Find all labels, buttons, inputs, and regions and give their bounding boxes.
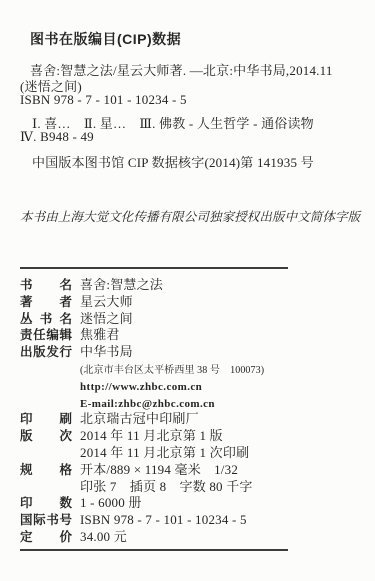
field-value: 星云大师 xyxy=(80,294,133,309)
field-value: 北京瑞古冠中印刷厂 xyxy=(80,411,199,426)
field-value: 开本/889 × 1194 毫米 1/32 xyxy=(80,462,238,477)
row-edition-printing: 2014 年 11 月北京第 1 次印刷 xyxy=(20,445,365,462)
field-value: 2014 年 11 月北京第 1 次印刷 xyxy=(80,445,249,460)
row-series-name: 丛书名迷悟之间 xyxy=(20,311,365,328)
row-format: 规格开本/889 × 1194 毫米 1/32 xyxy=(20,462,365,479)
field-value: 34.00 元 xyxy=(80,529,127,544)
row-print-run: 印数1 - 6000 册 xyxy=(20,495,365,512)
field-label: 定价 xyxy=(20,529,72,546)
field-value: ISBN 978 - 7 - 101 - 10234 - 5 xyxy=(80,512,247,527)
bottom-rule xyxy=(20,549,288,551)
field-value: 中华书局 xyxy=(80,344,133,359)
row-isbn: 国际书号ISBN 978 - 7 - 101 - 10234 - 5 xyxy=(20,512,365,529)
row-book-title: 书名喜舍:智慧之法 xyxy=(20,277,365,294)
field-value: 2014 年 11 月北京第 1 版 xyxy=(80,428,223,443)
row-publisher-address: (北京市丰台区太平桥西里 38 号 100073) xyxy=(20,361,365,378)
field-label: 印刷 xyxy=(20,411,72,428)
row-publisher-url: http://www.zhbc.com.cn xyxy=(20,378,365,395)
field-value: 焦雅君 xyxy=(80,327,120,342)
cip-classification-line-2: Ⅳ. B948 - 49 xyxy=(20,129,94,145)
field-label: 规格 xyxy=(20,462,72,479)
row-publisher: 出版发行中华书局 xyxy=(20,344,365,361)
row-printer: 印刷北京瑞古冠中印刷厂 xyxy=(20,411,365,428)
row-sheets-wordcount: 印张 7 插页 8 字数 80 千字 xyxy=(20,479,365,496)
license-note: 本书由上海大觉文化传播有限公司独家授权出版中文简体字版 xyxy=(20,207,360,225)
row-edition: 版次2014 年 11 月北京第 1 版 xyxy=(20,428,365,445)
field-label: 责任编辑 xyxy=(20,327,72,344)
field-value: 1 - 6000 册 xyxy=(80,495,142,510)
field-value: 印张 7 插页 8 字数 80 千字 xyxy=(80,479,253,494)
field-label: 丛书名 xyxy=(20,311,72,328)
field-label: 国际书号 xyxy=(20,512,72,529)
field-label: 版次 xyxy=(20,428,72,445)
publisher-email: E-mail:zhbc@zhbc.com.cn xyxy=(80,398,215,410)
top-rule xyxy=(20,267,288,269)
row-publisher-email: E-mail:zhbc@zhbc.com.cn xyxy=(20,395,365,412)
field-value: 喜舍:智慧之法 xyxy=(80,277,163,292)
colophon-table: 书名喜舍:智慧之法 著者星云大师 丛书名迷悟之间 责任编辑焦雅君 出版发行中华书… xyxy=(20,277,365,546)
cip-isbn-line: ISBN 978 - 7 - 101 - 10234 - 5 xyxy=(20,92,187,108)
field-label: 书名 xyxy=(20,277,72,294)
field-label: 印数 xyxy=(20,495,72,512)
field-value: 迷悟之间 xyxy=(80,311,133,326)
field-value: (北京市丰台区太平桥西里 38 号 100073) xyxy=(80,365,264,376)
row-editor: 责任编辑焦雅君 xyxy=(20,327,365,344)
row-price: 定价34.00 元 xyxy=(20,529,365,546)
row-author: 著者星云大师 xyxy=(20,294,365,311)
publisher-url: http://www.zhbc.com.cn xyxy=(80,381,202,393)
cip-header: 图书在版编目(CIP)数据 xyxy=(30,29,181,49)
field-label: 著者 xyxy=(20,294,72,311)
field-label: 出版发行 xyxy=(20,344,72,361)
cip-record-number-line: 中国版本图书馆 CIP 数据核字(2014)第 141935 号 xyxy=(32,152,314,171)
